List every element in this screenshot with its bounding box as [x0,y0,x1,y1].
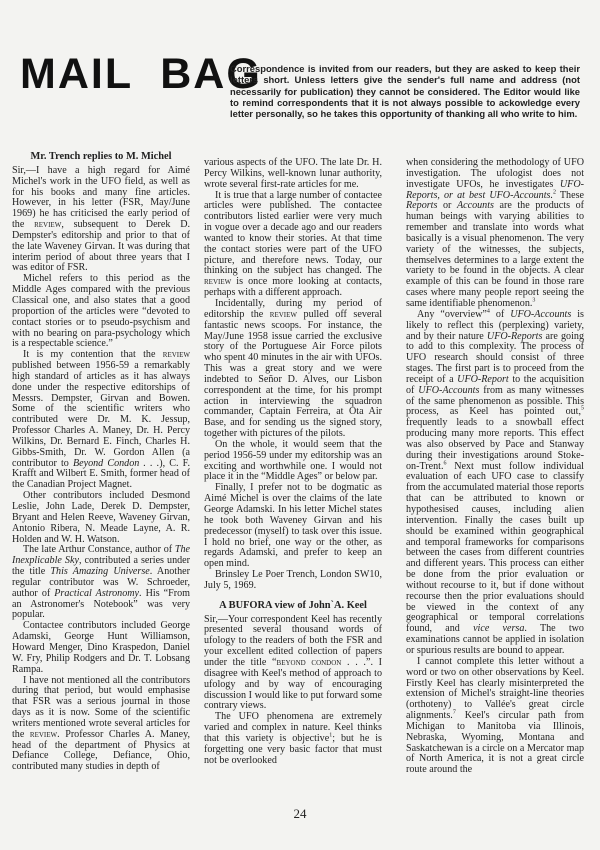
paragraph: Sir,—I have a high regard for Aimé Miche… [12,166,190,274]
column-middle: various aspects of the UFO. The late Dr.… [204,158,382,766]
paragraph: I cannot complete this letter without a … [406,657,584,776]
letter-signature: Brinsley Le Poer Trench, London SW10, Ju… [204,570,382,592]
paragraph: I have not mentioned all the contributor… [12,676,190,774]
paragraph: The late Arthur Constance, author of The… [12,545,190,621]
paragraph: when considering the methodology of UFO … [406,158,584,310]
paragraph: Sir,—Your correspondent Keel has recentl… [204,615,382,713]
paragraph: Any “overview”4 of UFO-Accounts is likel… [406,310,584,657]
paragraph: Other contributors included Desmond Lesl… [12,491,190,545]
paragraph: The UFO phenomena are extremely varied a… [204,712,382,766]
paragraph: Incidentally, during my period of editor… [204,299,382,440]
paragraph: Finally, I prefer not to be dogmatic as … [204,483,382,570]
magazine-page: MAIL BAG Correspondence is invited from … [0,0,600,850]
column-right: when considering the methodology of UFO … [406,158,584,776]
letter-heading: Mr. Trench replies to M. Michel [12,152,190,163]
letter-heading: A BUFORA view of JohnˋA. Keel [204,601,382,612]
paragraph: On the whole, it would seem that the per… [204,440,382,483]
section-title: MAIL BAG [20,53,262,96]
paragraph: It is true that a large number of contac… [204,191,382,299]
paragraph: various aspects of the UFO. The late Dr.… [204,158,382,191]
column-left: Mr. Trench replies to M. Michel Sir,—I h… [12,150,190,773]
paragraph: Michel refers to this period as the Midd… [12,274,190,350]
paragraph: Contactee contributors included George A… [12,621,190,675]
paragraph: It is my contention that the review publ… [12,350,190,491]
page-number: 24 [0,806,600,822]
editorial-note: Correspondence is invited from our reade… [230,63,580,119]
